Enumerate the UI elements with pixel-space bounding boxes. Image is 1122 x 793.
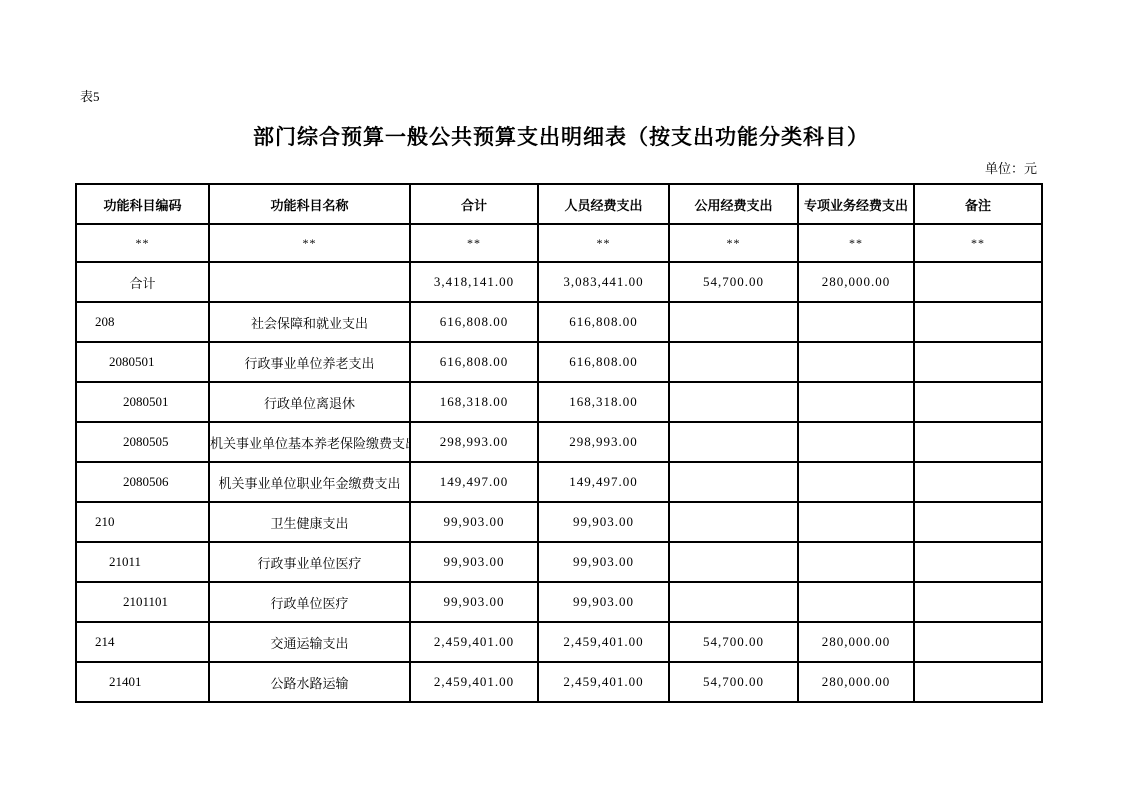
table-body: **************合计3,418,141.003,083,441.00… [76,224,1042,702]
cell-name: 行政事业单位医疗 [209,542,410,582]
table-row: 210卫生健康支出99,903.0099,903.00 [76,502,1042,542]
cell-special [798,342,914,382]
cell-special: 280,000.00 [798,622,914,662]
cell-total: 99,903.00 [410,502,538,542]
cell-total: 3,418,141.00 [410,262,538,302]
cell-total: 616,808.00 [410,342,538,382]
cell-personnel: 298,993.00 [538,422,669,462]
cell-public [669,502,798,542]
cell-name: 行政单位离退休 [209,382,410,422]
sheet-label: 表5 [80,86,100,105]
cell-note [914,302,1042,342]
column-header: 公用经费支出 [669,184,798,224]
cell-special: 280,000.00 [798,662,914,702]
cell-special [798,542,914,582]
cell-note [914,622,1042,662]
cell-public [669,422,798,462]
cell-special [798,422,914,462]
cell-special [798,462,914,502]
cell-personnel: 2,459,401.00 [538,662,669,702]
cell-code: 2080505 [76,422,209,462]
cell-personnel: 616,808.00 [538,342,669,382]
cell-special [798,302,914,342]
cell-special [798,502,914,542]
cell-personnel: 149,497.00 [538,462,669,502]
cell-public [669,582,798,622]
cell-name: 行政事业单位养老支出 [209,342,410,382]
column-header: 功能科目编码 [76,184,209,224]
cell-special: 280,000.00 [798,262,914,302]
table-row: 2101101行政单位医疗99,903.0099,903.00 [76,582,1042,622]
cell-total: 2,459,401.00 [410,662,538,702]
cell-note [914,262,1042,302]
table-row: 214交通运输支出2,459,401.002,459,401.0054,700.… [76,622,1042,662]
cell-personnel: 168,318.00 [538,382,669,422]
cell-total: 168,318.00 [410,382,538,422]
cell-public [669,462,798,502]
page-title: 部门综合预算一般公共预算支出明细表（按支出功能分类科目） [0,121,1122,151]
mask-cell: ** [410,224,538,262]
cell-public [669,302,798,342]
table-row: 2080501行政单位离退休168,318.00168,318.00 [76,382,1042,422]
cell-name: 公路水路运输 [209,662,410,702]
mask-cell: ** [914,224,1042,262]
cell-name: 交通运输支出 [209,622,410,662]
cell-code: 2080501 [76,342,209,382]
cell-total: 616,808.00 [410,302,538,342]
cell-note [914,342,1042,382]
cell-code: 214 [76,622,209,662]
cell-name: 社会保障和就业支出 [209,302,410,342]
mask-row: ************** [76,224,1042,262]
cell-name [209,262,410,302]
cell-note [914,422,1042,462]
cell-code: 21011 [76,542,209,582]
budget-table: 功能科目编码功能科目名称合计人员经费支出公用经费支出专项业务经费支出备注 ***… [75,183,1043,703]
cell-code: 合计 [76,262,209,302]
cell-personnel: 99,903.00 [538,502,669,542]
cell-note [914,542,1042,582]
cell-name: 行政单位医疗 [209,582,410,622]
cell-public [669,382,798,422]
cell-total: 99,903.00 [410,582,538,622]
cell-public [669,342,798,382]
cell-code: 2101101 [76,582,209,622]
cell-special [798,582,914,622]
cell-note [914,462,1042,502]
cell-note [914,382,1042,422]
cell-note [914,502,1042,542]
table-row: 2080506机关事业单位职业年金缴费支出149,497.00149,497.0… [76,462,1042,502]
cell-personnel: 2,459,401.00 [538,622,669,662]
cell-code: 210 [76,502,209,542]
table-row: 合计3,418,141.003,083,441.0054,700.00280,0… [76,262,1042,302]
cell-total: 99,903.00 [410,542,538,582]
header-row: 功能科目编码功能科目名称合计人员经费支出公用经费支出专项业务经费支出备注 [76,184,1042,224]
cell-total: 298,993.00 [410,422,538,462]
table-row: 2080501行政事业单位养老支出616,808.00616,808.00 [76,342,1042,382]
cell-special [798,382,914,422]
column-header: 功能科目名称 [209,184,410,224]
mask-cell: ** [669,224,798,262]
cell-personnel: 616,808.00 [538,302,669,342]
table-header: 功能科目编码功能科目名称合计人员经费支出公用经费支出专项业务经费支出备注 [76,184,1042,224]
column-header: 备注 [914,184,1042,224]
table-row: 21401公路水路运输2,459,401.002,459,401.0054,70… [76,662,1042,702]
cell-personnel: 99,903.00 [538,542,669,582]
column-header: 人员经费支出 [538,184,669,224]
cell-code: 208 [76,302,209,342]
cell-code: 21401 [76,662,209,702]
column-header: 合计 [410,184,538,224]
mask-cell: ** [538,224,669,262]
document-page: 表5 部门综合预算一般公共预算支出明细表（按支出功能分类科目） 单位：元 功能科… [0,0,1122,793]
table-row: 208社会保障和就业支出616,808.00616,808.00 [76,302,1042,342]
table-row: 21011行政事业单位医疗99,903.0099,903.00 [76,542,1042,582]
cell-total: 149,497.00 [410,462,538,502]
cell-public: 54,700.00 [669,262,798,302]
cell-public: 54,700.00 [669,662,798,702]
table-row: 2080505机关事业单位基本养老保险缴费支出298,993.00298,993… [76,422,1042,462]
cell-note [914,662,1042,702]
cell-code: 2080501 [76,382,209,422]
mask-cell: ** [76,224,209,262]
cell-name: 卫生健康支出 [209,502,410,542]
cell-code: 2080506 [76,462,209,502]
cell-personnel: 3,083,441.00 [538,262,669,302]
mask-cell: ** [798,224,914,262]
cell-name: 机关事业单位职业年金缴费支出 [209,462,410,502]
cell-total: 2,459,401.00 [410,622,538,662]
cell-note [914,582,1042,622]
column-header: 专项业务经费支出 [798,184,914,224]
cell-personnel: 99,903.00 [538,582,669,622]
cell-name: 机关事业单位基本养老保险缴费支出 [209,422,410,462]
mask-cell: ** [209,224,410,262]
cell-public: 54,700.00 [669,622,798,662]
cell-public [669,542,798,582]
unit-label: 单位：元 [75,158,1041,177]
